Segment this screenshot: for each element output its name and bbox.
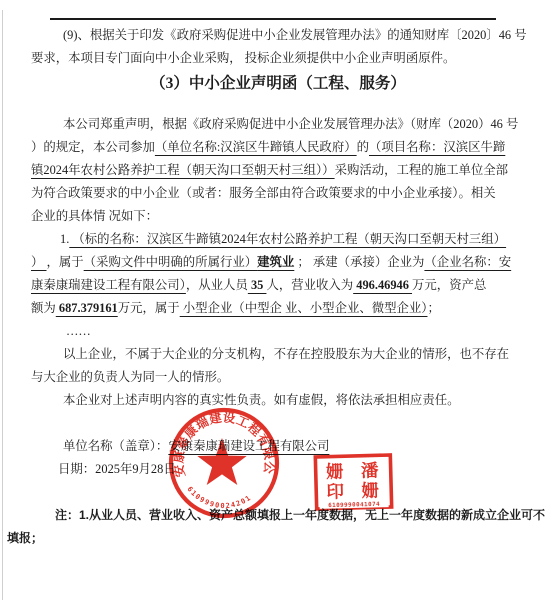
declaration-line: 企业的具体情 况如下： <box>31 205 531 228</box>
item-1-line: ） ，属于（采购文件中明确的所属行业）建筑业 ； 承建（承接）企业为（企业名称：… <box>31 251 531 274</box>
intro-paragraph: (9)、根据关于印发《政府采购促进中小企业发展管理办法》的通知财库〔2020〕4… <box>31 24 531 70</box>
text: 额为 <box>31 301 56 315</box>
text: ，从业人员 <box>186 278 248 292</box>
document-page: (9)、根据关于印发《政府采购促进中小企业发展管理办法》的通知财库〔2020〕4… <box>0 0 556 606</box>
item-1-line: 康秦康瑞建设工程有限公司），从业人员 35 人，营业收入为 496.46946 … <box>31 274 531 297</box>
footnote: 注：1.从业人员、营业收入、资产总额填报上一年度数据，无上一年度数据的新成立企业… <box>7 504 552 550</box>
project-name-cont: 镇2024年农村公路养护工程（朝天沟口至朝天村三组）） <box>31 163 335 177</box>
declaration-line: ）的规定，本公司参加（单位名称:汉滨区牛蹄镇人民政府）的（项目名称：汉滨区牛蹄 <box>31 136 531 159</box>
item-1-line: 额为 687.379161万元，属于 小型企业（中型企 业、小型企业、微型企业）… <box>31 297 531 320</box>
signature-line: 单位名称（盖章）：安康秦康瑞建设工程有限公司 <box>31 435 531 458</box>
date-label: 日期： <box>58 462 95 476</box>
seal-char-bottom-right: 姗 <box>361 480 380 500</box>
item-number: 1. <box>60 232 69 246</box>
date-value: 2025年9月28日 <box>95 462 176 476</box>
closing-line: 与大企业的负责人为同一人的情形。 <box>31 366 531 389</box>
top-rule <box>50 18 496 20</box>
text: ； 承建（承接）企业为 <box>294 255 424 269</box>
footnote-line-2: 填报； <box>7 527 552 550</box>
responsibility-line: 本企业对上述声明内容的真实性负责。如有虚假，将依法承担相应责任。 <box>31 389 531 412</box>
enterprise-type: 小型企业（中型企 业、小型企业、微型企业） <box>180 301 428 315</box>
ellipsis-line: …… <box>31 320 531 343</box>
signature-area: 单位名称（盖章）：安康秦康瑞建设工程有限公司 日期：2025年9月28日 <box>31 435 531 481</box>
text: ； <box>428 301 440 315</box>
section-title: （3）中小企业声明函（工程、服务） <box>31 71 525 96</box>
subject-name: （标的名称：汉滨区牛蹄镇2024年农村公路养护工程（朝天沟口至朝天村三组） <box>69 232 506 246</box>
assets-value: 687.379161 <box>56 301 118 315</box>
signature-label: 单位名称（盖章）： <box>63 439 168 453</box>
project-name: （项目名称：汉滨区牛蹄 <box>369 140 505 154</box>
text: 万元，属于 <box>118 301 180 315</box>
employee-count: 35 <box>248 278 267 292</box>
purchaser-name: （单位名称:汉滨区牛蹄镇人民政府） <box>155 140 357 154</box>
industry-label: （采购文件中明确的所属行业） <box>84 255 257 269</box>
intro-line-1: (9)、根据关于印发《政府采购促进中小企业发展管理办法》的通知财库〔2020〕4… <box>31 24 531 47</box>
signature-company-name: 安康秦康瑞建设工程有限公司 <box>168 439 329 453</box>
text: ，属于 <box>47 255 84 269</box>
declaration-line: 镇2024年农村公路养护工程（朝天沟口至朝天村三组））采购活动，工程的施工单位全… <box>31 159 531 182</box>
text: 的 <box>357 140 369 154</box>
date-line: 日期：2025年9月28日 <box>31 458 531 481</box>
item-1-line: 1. （标的名称：汉滨区牛蹄镇2024年农村公路养护工程（朝天沟口至朝天村三组） <box>31 228 531 251</box>
text: 人，营业收入为 <box>266 278 353 292</box>
intro-line-2: 要求，本项目专门面向中小企业采购， 投标企业须提供中小企业声明函原件。 <box>31 47 531 70</box>
text: 万元，资产总 <box>412 278 486 292</box>
seal-char-bottom-left: 印 <box>326 481 345 501</box>
industry-value: 建筑业 <box>257 255 294 269</box>
text: ）的规定，本公司参加 <box>31 140 155 154</box>
declaration-line: 本公司郑重声明，根据《政府采购促进中小企业发展管理办法》（财库（2020）46 … <box>31 113 531 136</box>
revenue-value: 496.46946 <box>353 278 412 292</box>
closing-line: 以上企业，不属于大企业的分支机构，不存在控股股东为大企业的情形，也不存在 <box>31 343 531 366</box>
contractor-name: （企业名称：安 <box>424 255 511 269</box>
contractor-name-cont: 康秦康瑞建设工程有限公司） <box>31 278 186 292</box>
subject-name-cont: ） <box>31 255 47 269</box>
page-edge-line <box>2 10 3 600</box>
declaration-line: 为符合政策要求的中小企业（或者：服务全部由符合政策要求的中小企业承接）。相关 <box>31 182 531 205</box>
declaration-body: 本公司郑重声明，根据《政府采购促进中小企业发展管理办法》（财库（2020）46 … <box>31 113 531 412</box>
footnote-line-1: 注：1.从业人员、营业收入、资产总额填报上一年度数据，无上一年度数据的新成立企业… <box>7 504 552 527</box>
text: 采购活动，工程的施工单位全部 <box>335 163 508 177</box>
